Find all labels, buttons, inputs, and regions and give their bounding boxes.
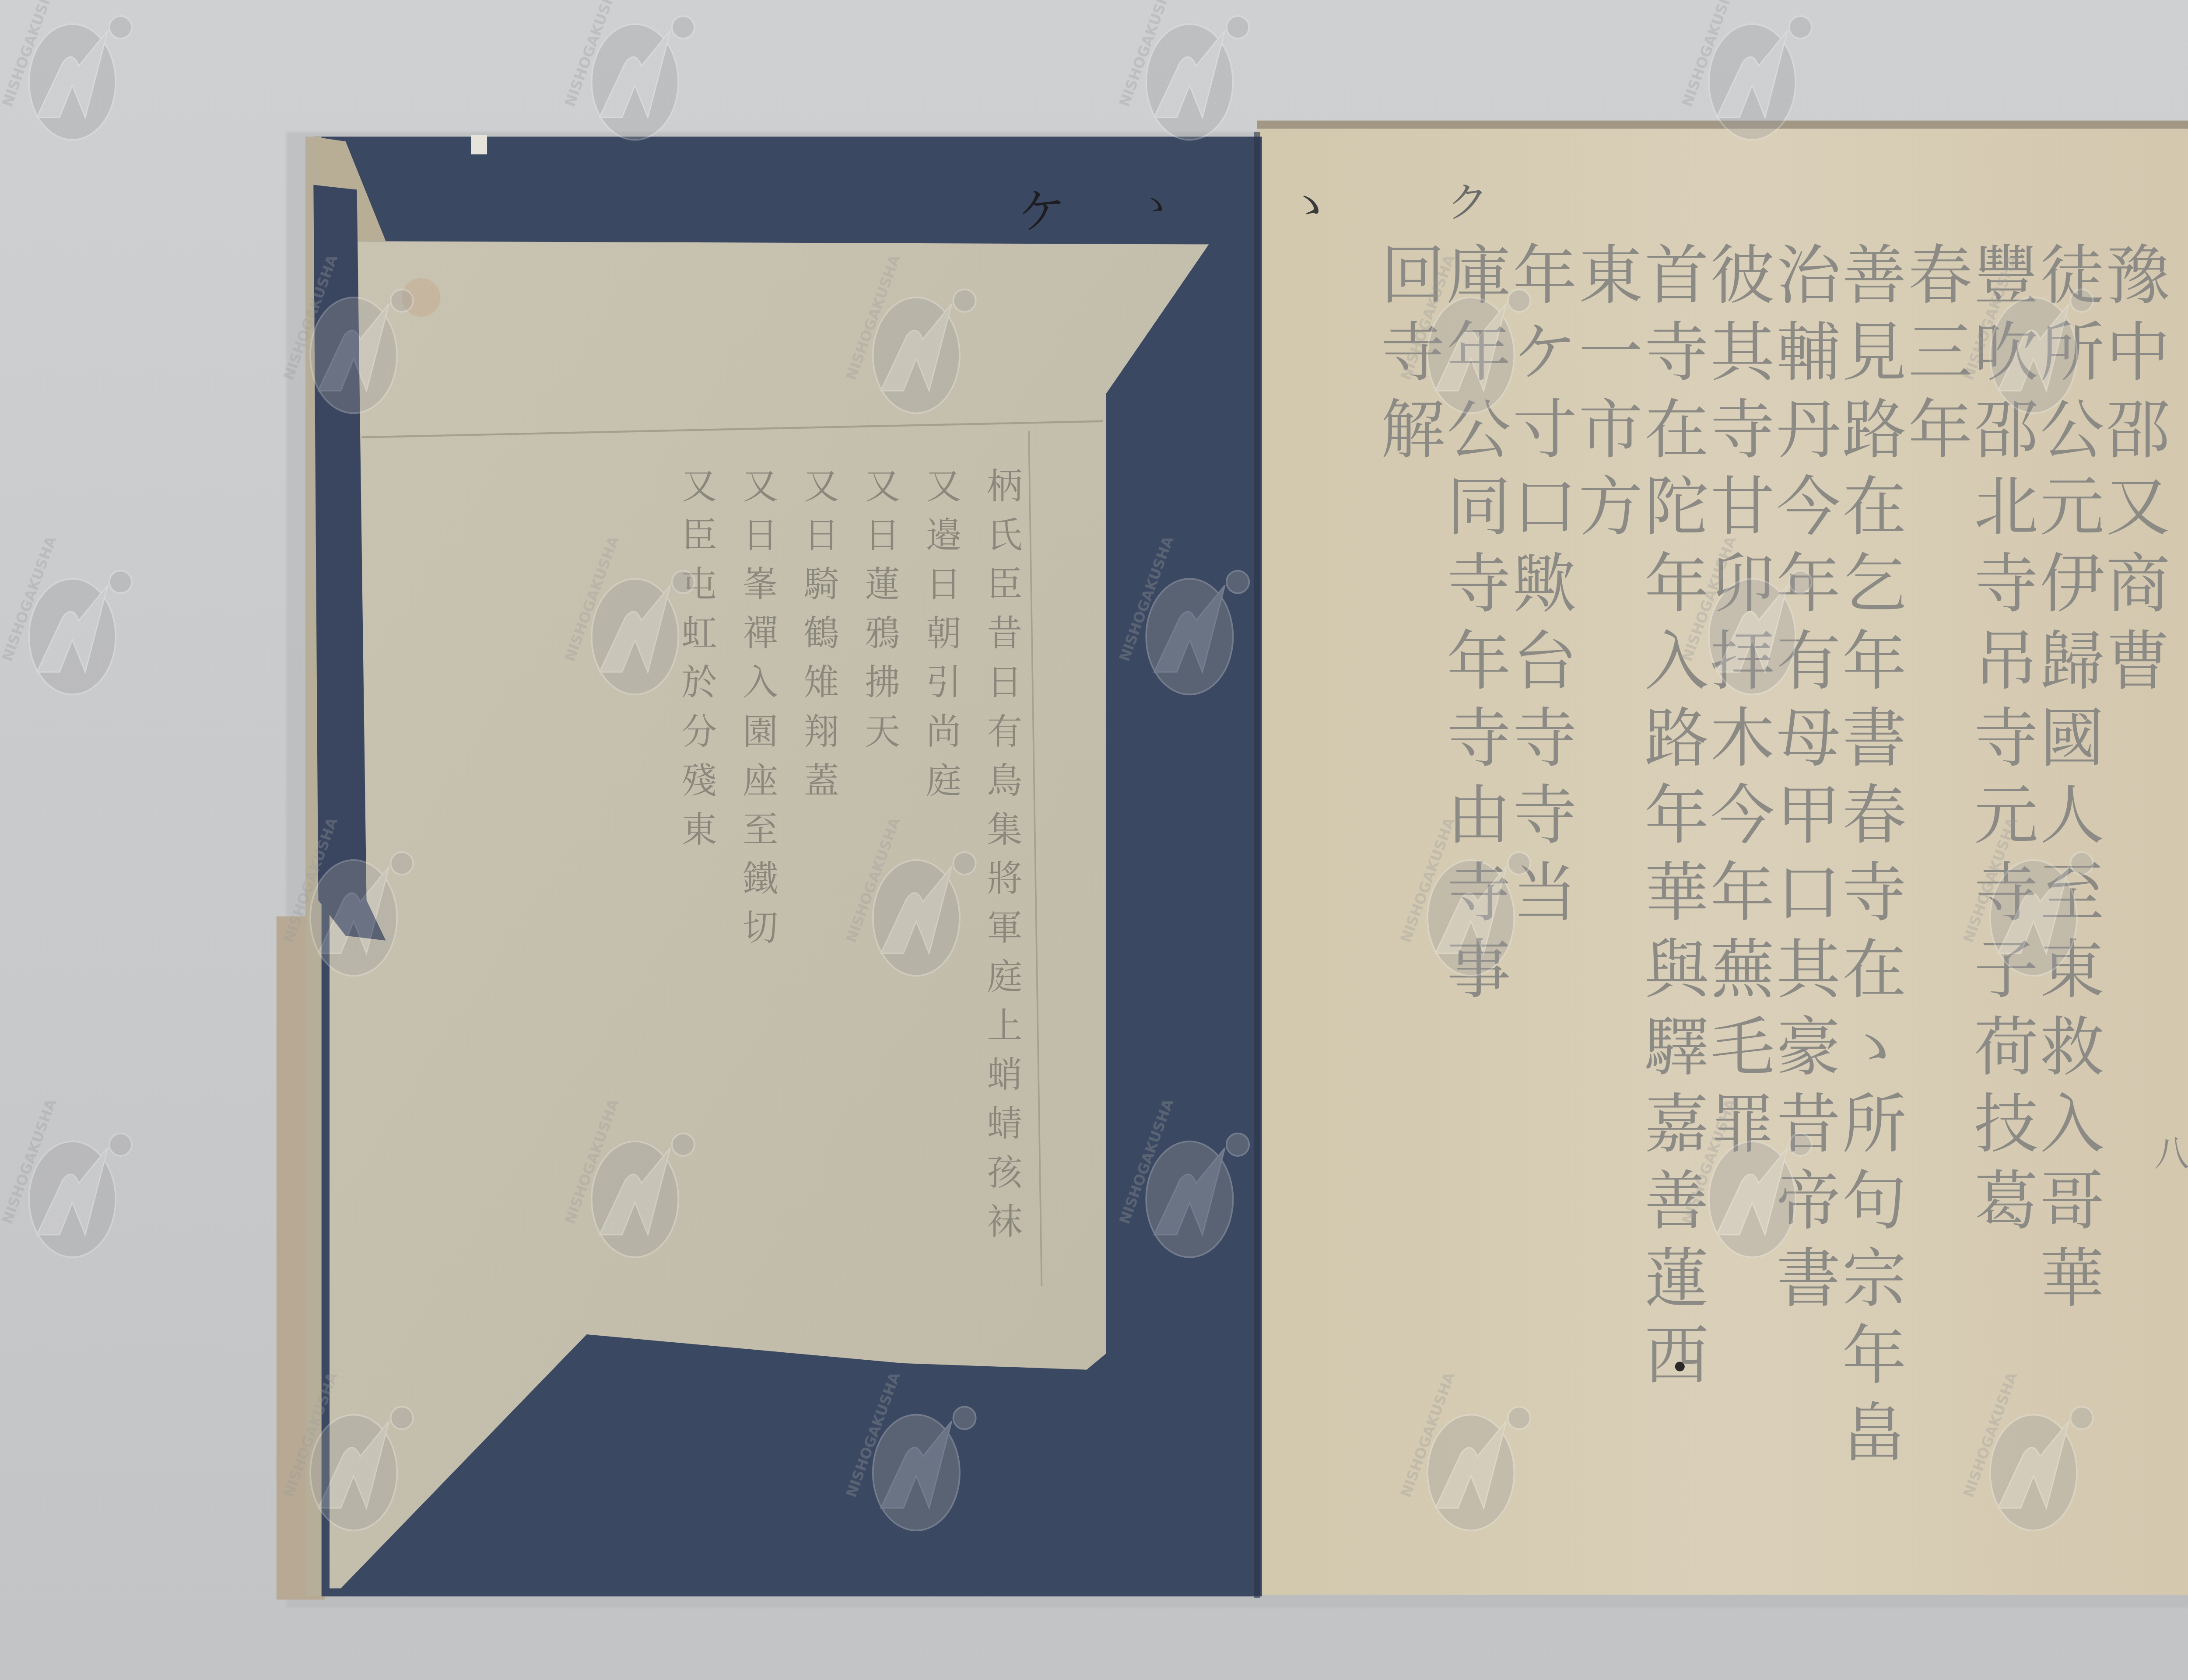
glyph: 口 — [1513, 469, 1577, 544]
glyph: 年 — [1842, 624, 1907, 699]
glyph: 寺 — [1513, 778, 1577, 853]
glyph: 口 — [1776, 855, 1841, 930]
glyph: 句 — [1842, 1164, 1907, 1239]
glyph: 昔 — [987, 613, 1023, 654]
glyph: 春 — [1842, 778, 1907, 853]
glyph: 毛 — [1711, 1010, 1775, 1085]
glyph: 入 — [743, 662, 778, 703]
glyph: 虹 — [682, 613, 717, 654]
glyph: 臣 — [987, 564, 1023, 605]
glyph: 孩 — [987, 1152, 1023, 1193]
ink-mark: ゝ — [1138, 185, 1174, 226]
glyph: 技 — [1974, 1087, 2038, 1162]
glyph: 在 — [1645, 392, 1709, 467]
glyph: 宗 — [1842, 1241, 1907, 1316]
glyph: 其 — [1776, 932, 1843, 1007]
glyph: 天 — [865, 711, 900, 752]
glyph: 寺 — [1711, 392, 1775, 467]
glyph: 善 — [1842, 238, 1907, 313]
glyph: 園 — [743, 711, 778, 752]
glyph: 又 — [804, 466, 839, 507]
glyph: 又 — [743, 466, 778, 507]
glyph: 東 — [1578, 238, 1643, 313]
glyph: 歸 — [2040, 624, 2104, 699]
glyph: 蓮 — [865, 564, 900, 605]
glyph: 其 — [1711, 315, 1778, 390]
ink-mark: ケ — [1017, 184, 1066, 240]
glyph: 嘉 — [1645, 1087, 1709, 1162]
glyph: 入 — [2040, 1087, 2104, 1162]
glyph: 鶴 — [804, 613, 839, 654]
glyph: 蓋 — [804, 760, 839, 801]
glyph: 又 — [865, 466, 900, 507]
book-photo-svg: ケ ゝ 柄氏臣昔日有鳥集將軍庭上蛸蜻孩袜又邉日朝引尚庭又日蓮鴉拂天又日騎鶴雉翔蓋… — [0, 0, 2188, 1680]
glyph: 庭 — [926, 760, 961, 801]
glyph: 寺 — [1513, 701, 1577, 776]
glyph: 市 — [1578, 392, 1643, 467]
glyph: 與 — [1645, 932, 1712, 1007]
glyph: 伊 — [2040, 546, 2104, 621]
glyph: 寺 — [1645, 315, 1709, 390]
page-number-mark: 八 — [2154, 1133, 2188, 1174]
glyph: ゝ — [1842, 1010, 1907, 1085]
glyph: 同 — [1447, 469, 1511, 544]
glyph: 寺 — [1974, 701, 2038, 776]
glyph: 驛 — [1644, 1010, 1709, 1085]
glyph: 方 — [1578, 469, 1643, 544]
glyph: 袜 — [987, 1201, 1023, 1242]
glyph: 鴉 — [865, 613, 900, 654]
glyph: 峯 — [743, 564, 778, 605]
book-photograph: ケ ゝ 柄氏臣昔日有鳥集將軍庭上蛸蜻孩袜又邉日朝引尚庭又日蓮鴉拂天又日騎鶴雉翔蓋… — [0, 0, 2188, 1680]
glyph: 丹 — [1776, 392, 1841, 467]
glyph: ケ — [1513, 315, 1577, 390]
glyph: 陀 — [1645, 469, 1709, 544]
right-page-header-mark: ク — [1447, 178, 1489, 227]
glyph: 蜻 — [987, 1103, 1023, 1144]
glyph: 尚 — [926, 711, 961, 752]
glyph: 葛 — [1974, 1164, 2038, 1239]
glyph: 輔 — [1776, 315, 1841, 390]
glyph: 由 — [1447, 778, 1511, 853]
glyph: 臣 — [682, 515, 717, 556]
glyph: 甘 — [1711, 469, 1775, 544]
glyph: 西 — [1645, 1318, 1709, 1393]
glyph: 寺 — [1974, 546, 2038, 621]
glyph: 鐵 — [743, 858, 778, 899]
glyph: 華 — [1645, 855, 1709, 930]
glyph: 見 — [1842, 315, 1907, 390]
glyph: 朝 — [926, 613, 961, 654]
glyph: 鳥 — [987, 760, 1023, 801]
glyph: 軍 — [987, 907, 1023, 948]
glyph: 蓮 — [1645, 1241, 1709, 1316]
glyph: 路 — [1645, 701, 1709, 776]
glyph: 日 — [804, 515, 839, 556]
glyph: 乞 — [1842, 546, 1907, 621]
glyph: 殘 — [682, 760, 717, 801]
glyph: 在 — [1842, 469, 1907, 544]
glyph: 騎 — [803, 564, 839, 605]
glyph: 書 — [1842, 701, 1907, 776]
glyph: 歟 — [1513, 546, 1577, 621]
glyph: 今 — [1776, 469, 1841, 544]
glyph: 中 — [2106, 315, 2170, 390]
glyph: 路 — [1842, 392, 1907, 467]
glyph: 解 — [1381, 392, 1445, 467]
glyph: 邉 — [926, 515, 961, 556]
glyph: 年 — [1645, 778, 1709, 853]
glyph: 邵 — [2106, 392, 2170, 467]
glyph: 書 — [1776, 1241, 1841, 1316]
glyph: 吊 — [1974, 624, 2038, 699]
glyph: 商 — [2106, 546, 2170, 621]
glyph: 將 — [987, 858, 1023, 899]
glyph: 今 — [1711, 778, 1775, 853]
glyph: 哥 — [2040, 1164, 2104, 1239]
glyph: 荷 — [1974, 1010, 2038, 1085]
glyph: 華 — [2040, 1241, 2104, 1316]
glyph: 畠 — [1842, 1396, 1907, 1470]
glyph: 在 — [1842, 932, 1907, 1007]
glyph: 蛸 — [987, 1054, 1023, 1095]
glyph: 有 — [987, 711, 1023, 752]
glyph: 寺 — [1447, 701, 1511, 776]
glyph: 北 — [1974, 469, 2038, 544]
glyph: 分 — [682, 711, 717, 752]
glyph: 木 — [1711, 701, 1775, 776]
glyph: 彼 — [1711, 238, 1775, 313]
glyph: 元 — [2040, 469, 2104, 544]
glyph: 首 — [1645, 238, 1709, 313]
right-page-header-mark: ゝ — [1286, 177, 1334, 233]
glyph: 母 — [1776, 701, 1841, 776]
glyph: 年 — [1842, 1318, 1907, 1393]
glyph: 救 — [2040, 1010, 2104, 1085]
glyph: 柄 — [987, 466, 1023, 507]
glyph: 豪 — [1776, 1010, 1841, 1085]
glyph: 治 — [1776, 238, 1842, 313]
glyph: 至 — [743, 809, 778, 850]
glyph: 翔 — [804, 711, 839, 752]
glyph: 又 — [2106, 469, 2170, 544]
glyph: 引 — [926, 662, 961, 703]
glyph: 氏 — [987, 515, 1023, 556]
glyph: 一 — [1578, 315, 1643, 390]
glyph: 年 — [1711, 855, 1775, 930]
glyph: 庭 — [987, 956, 1023, 997]
glyph: 所 — [1842, 1087, 1907, 1162]
glyph: 年 — [1447, 624, 1511, 699]
glyph: 台 — [1513, 624, 1577, 699]
glyph: 日 — [987, 662, 1023, 703]
glyph: 日 — [865, 515, 900, 556]
glyph: 三 — [1908, 315, 1972, 390]
glyph: 寸 — [1513, 392, 1577, 467]
glyph: 甲 — [1776, 778, 1841, 853]
glyph: 日 — [743, 515, 778, 556]
glyph: 年 — [1908, 392, 1972, 467]
glyph: 雉 — [804, 662, 839, 703]
glyph: 東 — [682, 809, 717, 850]
glyph: 上 — [987, 1005, 1023, 1046]
glyph: 豫 — [2106, 238, 2170, 313]
glyph: 又 — [682, 466, 717, 507]
glyph: 禪 — [743, 613, 778, 654]
glyph: 切 — [743, 907, 778, 948]
glyph: 座 — [743, 760, 778, 801]
glyph: 人 — [2040, 778, 2104, 853]
glyph: 日 — [926, 564, 961, 605]
glyph: 於 — [682, 662, 717, 703]
glyph: 蕪 — [1711, 932, 1775, 1007]
glyph: 寺 — [1447, 546, 1511, 621]
glyph: 又 — [926, 466, 961, 507]
glyph: 國 — [2040, 701, 2104, 776]
glyph: 集 — [987, 809, 1023, 850]
glyph: 拂 — [865, 662, 900, 703]
glyph: 寺 — [1842, 855, 1907, 930]
glyph: 曹 — [2106, 624, 2170, 699]
glyph: 春 — [1908, 238, 1972, 313]
